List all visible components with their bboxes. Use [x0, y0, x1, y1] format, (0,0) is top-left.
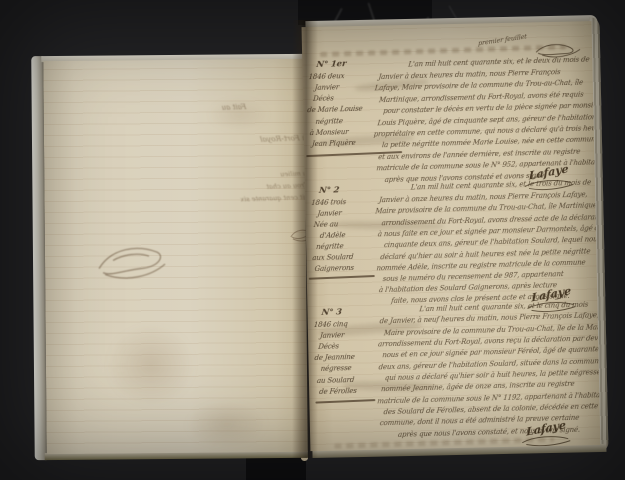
entry-line: L'an mil huit cent quarante six, et le d… [408, 56, 590, 69]
margin-note: Gaignerons [314, 264, 354, 273]
margin-note: Jean Piquère [312, 139, 356, 148]
margin-note: de Marie Louise [307, 105, 363, 115]
margin-rule [315, 399, 375, 404]
right-page-group: premier feuillet N° 1er 1846 deux Janvie… [301, 15, 608, 462]
margin-note: négritte [315, 117, 343, 126]
faint-text-strip [320, 44, 566, 57]
page-stain [194, 89, 284, 140]
margin-note: de Férolles [319, 387, 357, 396]
margin-note: N° 1er [316, 59, 347, 70]
right-page: premier feuillet N° 1er 1846 deux Janvie… [302, 21, 601, 451]
margin-note: Janvier [320, 331, 345, 340]
margin-note: 1846 cinq [313, 320, 348, 329]
bleedthrough-text: mil huit cent quarante six [240, 193, 308, 204]
margin-note: à Monsieur [309, 128, 348, 137]
bleedthrough-text: Fait au [221, 103, 247, 112]
margin-note: Décès [313, 94, 334, 103]
page-stain [166, 389, 287, 454]
margin-note: négritte [316, 242, 344, 251]
margin-note: Janvier [314, 83, 339, 92]
margin-note: aux Soulard [312, 253, 354, 262]
margin-note: 1846 trois [311, 198, 347, 207]
bleedthrough-text: à Trou au chat [266, 181, 308, 191]
margin-note: N° 3 [321, 307, 342, 318]
margin-note: au Soulard [317, 376, 355, 385]
margin-note: d'Adèle [320, 231, 346, 240]
scanned-register-page: Fait au à Fort-Royal au milieu à Trou au… [0, 0, 625, 480]
margin-note: N° 2 [318, 185, 339, 196]
entry-line: de Janvier, à neuf heures du matin, nous… [379, 311, 599, 325]
margin-note: Décès [318, 342, 339, 351]
margin-note: 1846 deux [308, 72, 345, 81]
left-page-group: Fait au à Fort-Royal au milieu à Trou au… [31, 54, 308, 460]
bleedthrough-text: à Fort-Royal [259, 133, 307, 144]
bleedthrough-signature-flourish [93, 242, 171, 283]
left-page: Fait au à Fort-Royal au milieu à Trou au… [43, 59, 307, 454]
margin-note: négresse [320, 364, 352, 373]
bleedthrough-text: au milieu [280, 169, 308, 178]
margin-note: Janvier [317, 209, 342, 218]
margin-note: de Jeannine [314, 353, 355, 362]
margin-rule [309, 275, 375, 280]
signature-flourish [520, 434, 572, 447]
margin-note: Née au [313, 220, 338, 229]
